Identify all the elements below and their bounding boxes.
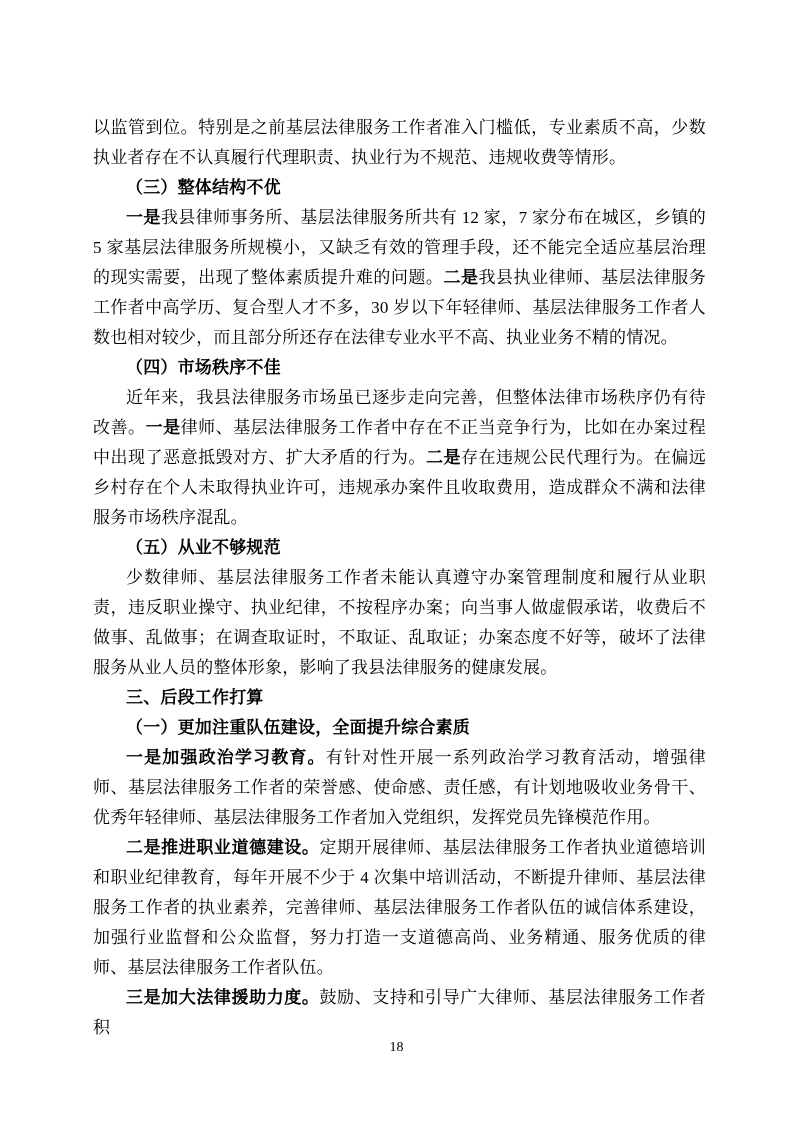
text-segment: 少数律师、基层法律服务工作者未能认真遵守办案管理制度和履行从业职责，违反职业操守… xyxy=(93,568,706,677)
page-number: 18 xyxy=(0,1038,793,1058)
text-segment: 二是 xyxy=(443,268,478,287)
section-heading: 三、后段工作打算 xyxy=(93,683,706,713)
paragraph: 三是加大法律援助力度。鼓励、支持和引导广大律师、基层法律服务工作者积 xyxy=(93,983,706,1043)
text-segment: 三是加大法律援助力度。 xyxy=(126,988,319,1007)
paragraph: 近年来，我县法律服务市场虽已逐步走向完善，但整体法律市场秩序仍有待改善。一是律师… xyxy=(93,383,706,533)
text-segment: （五）从业不够规范 xyxy=(126,538,281,557)
text-segment: 二是推进职业道德建设。 xyxy=(126,838,319,857)
section-heading: （五）从业不够规范 xyxy=(93,533,706,563)
section-heading: （四）市场秩序不佳 xyxy=(93,353,706,383)
text-segment: 二是 xyxy=(426,448,461,467)
section-heading: （三）整体结构不优 xyxy=(93,173,706,203)
text-segment: 一是 xyxy=(146,418,181,437)
text-segment: 一是加强政治学习教育。 xyxy=(126,748,326,767)
text-segment: 一是 xyxy=(126,208,161,227)
document-page: 以监管到位。特别是之前基层法律服务工作者准入门槛低，专业素质不高，少数执业者存在… xyxy=(0,0,793,1122)
text-segment: （四）市场秩序不佳 xyxy=(126,358,281,377)
text-segment: 以监管到位。特别是之前基层法律服务工作者准入门槛低，专业素质不高，少数执业者存在… xyxy=(93,118,706,167)
paragraph: 一是加强政治学习教育。有针对性开展一系列政治学习教育活动，增强律师、基层法律服务… xyxy=(93,743,706,833)
paragraph: 以监管到位。特别是之前基层法律服务工作者准入门槛低，专业素质不高，少数执业者存在… xyxy=(93,113,706,173)
text-segment: 三、后段工作打算 xyxy=(126,688,264,707)
section-heading: （一）更加注重队伍建设，全面提升综合素质 xyxy=(93,713,706,743)
paragraph: 少数律师、基层法律服务工作者未能认真遵守办案管理制度和履行从业职责，违反职业操守… xyxy=(93,563,706,683)
paragraph: 一是我县律师事务所、基层法律服务所共有 12 家，7 家分布在城区，乡镇的 5 … xyxy=(93,203,706,353)
document-body: 以监管到位。特别是之前基层法律服务工作者准入门槛低，专业素质不高，少数执业者存在… xyxy=(93,113,706,1043)
paragraph: 二是推进职业道德建设。定期开展律师、基层法律服务工作者执业道德培训和职业纪律教育… xyxy=(93,833,706,983)
text-segment: 定期开展律师、基层法律服务工作者执业道德培训和职业纪律教育，每年开展不少于 4 … xyxy=(93,838,706,977)
text-segment: （一）更加注重队伍建设，全面提升综合素质 xyxy=(126,718,470,737)
text-segment: （三）整体结构不优 xyxy=(126,178,281,197)
